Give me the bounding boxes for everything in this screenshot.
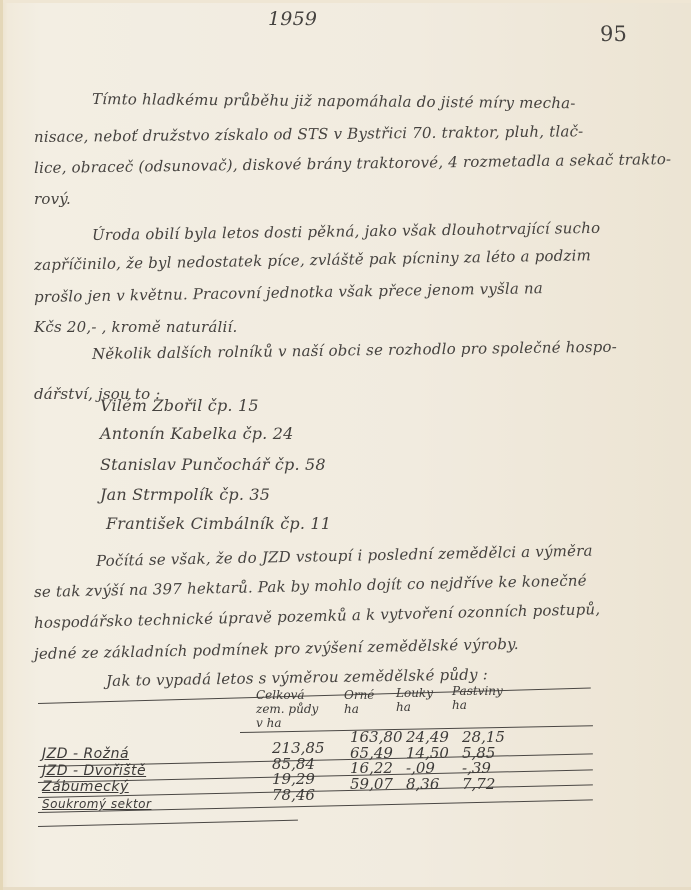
column-header-total: Celková zem. půdy v ha	[256, 688, 326, 730]
handwritten-line: Tímto hladkému průběhu již napomáhala do…	[92, 90, 576, 112]
table-cell: 7,72	[462, 775, 495, 793]
handwritten-line: se tak zvýší na 397 hektarů. Pak by mohl…	[34, 571, 587, 601]
house-number: čp. 58	[270, 455, 326, 474]
house-number: čp. 11	[275, 514, 331, 533]
handwritten-line: Úroda obilí byla letos dosti pěkná, jako…	[92, 219, 600, 244]
table-row-label: Zábumecký	[42, 779, 129, 795]
farmer-name: Vilém Zbořil	[100, 396, 203, 415]
table-cell: 59,07	[350, 775, 393, 793]
year-heading: 1959	[268, 8, 317, 30]
table-row-label: Soukromý sektor	[42, 797, 151, 811]
farmer-list-item: Stanislav Punčochář čp. 58	[100, 455, 326, 474]
farmer-list-item: Vilém Zbořil čp. 15	[100, 396, 259, 415]
handwritten-line: nisace, neboť družstvo získalo od STS v …	[34, 122, 584, 146]
farmer-list-item: Jan Strmpolík čp. 35	[100, 485, 270, 504]
table-row-label: JZD - Dvořiště	[42, 763, 146, 779]
handwritten-line: lice, obraceč (odsunovač), diskové brány…	[34, 150, 672, 177]
farmer-name: Jan Strmpolík	[100, 485, 214, 504]
handwritten-line: prošlo jen v květnu. Pracovní jednotka v…	[34, 279, 543, 306]
table-row-label: JZD - Rožná	[42, 746, 129, 762]
farmer-list-item: Antonín Kabelka čp. 24	[100, 424, 294, 443]
farmer-name: František Cimbálník	[106, 514, 275, 533]
handwritten-line: hospodářsko technické úpravě pozemků a k…	[34, 600, 601, 632]
page-number: 95	[600, 22, 627, 46]
handwritten-line: rový.	[34, 190, 71, 208]
handwritten-line: Počítá se však, že do JZD vstoupí i posl…	[96, 542, 593, 570]
handwritten-line: jedné ze základních podmínek pro zvýšení…	[34, 635, 519, 663]
column-header-arable: Orné ha	[344, 688, 376, 716]
house-number: čp. 15	[203, 396, 259, 415]
column-header-meadows: Louky ha	[396, 686, 436, 714]
table-cell: 78,46	[272, 786, 315, 804]
chronicle-page: 1959 95 Tímto hladkému průběhu již napom…	[0, 0, 691, 890]
farmer-name: Antonín Kabelka	[100, 424, 237, 443]
handwritten-line: Kčs 20,- , kromě naturálií.	[34, 318, 237, 336]
table-cell: 8,36	[406, 775, 439, 793]
farmer-list-item: František Cimbálník čp. 11	[106, 514, 331, 533]
house-number: čp. 24	[237, 424, 293, 443]
table-bottom-rule	[38, 820, 298, 827]
farmer-name: Stanislav Punčochář	[100, 455, 270, 474]
column-header-pastures: Pastviny ha	[452, 684, 500, 712]
house-number: čp. 35	[214, 485, 270, 504]
handwritten-line: Několik dalších rolníků v naší obci se r…	[92, 338, 617, 363]
handwritten-line: zapříčinilo, že byl nedostatek píce, zvl…	[34, 246, 591, 274]
